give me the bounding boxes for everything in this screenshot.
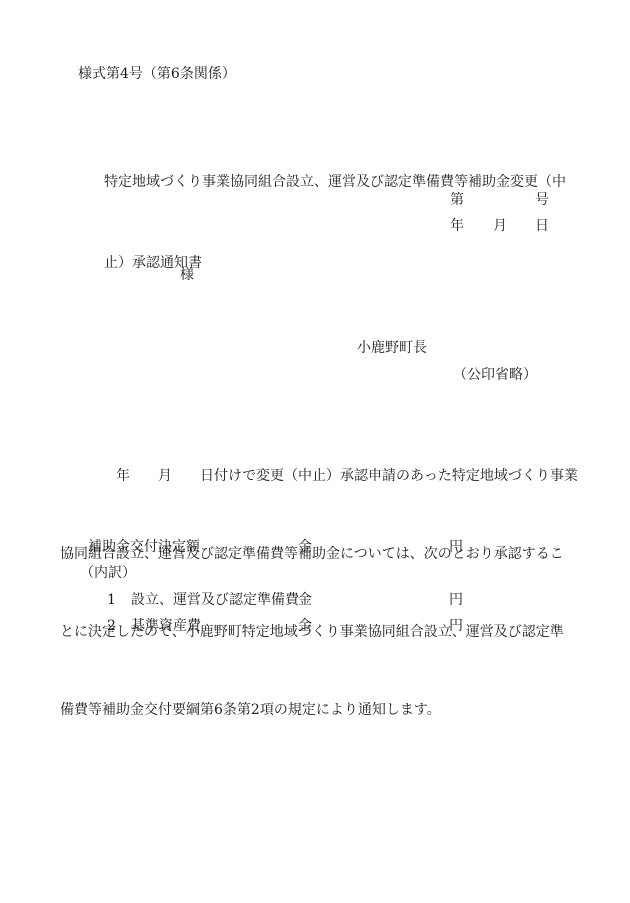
body-line-4: 備費等補助金交付要綱第6条第2項の規定により通知します。: [60, 697, 578, 723]
decision-total-currency-suffix: 円: [449, 537, 463, 557]
breakdown-item-currency-prefix: 金: [298, 590, 312, 610]
breakdown-item-row: 2 基準資産費 金 円: [0, 616, 630, 636]
date-year-label: 年: [450, 216, 464, 236]
document-title-line-2: 止）承認通知書: [104, 250, 566, 277]
breakdown-item-number: 2: [107, 616, 116, 636]
form-number: 様式第4号（第6条関係）: [78, 63, 236, 83]
sender-name: 小鹿野町長: [357, 337, 427, 357]
body-line-1: 年 月 日付けで変更（中止）承認申請のあった特定地域づくり事業: [60, 463, 578, 489]
breakdown-item-currency-suffix: 円: [449, 590, 463, 610]
doc-number-line: 第 号: [0, 190, 630, 210]
decision-total-currency-prefix: 金: [298, 537, 312, 557]
breakdown-header-row: （内訳）: [0, 563, 630, 583]
decision-total-label: 補助金交付決定額: [88, 537, 200, 557]
date-line: 年 月 日: [0, 216, 630, 236]
breakdown-item-label: 設立、運営及び認定準備費: [131, 590, 299, 610]
doc-number-prefix: 第: [450, 190, 464, 210]
decision-total-row: 補助金交付決定額 金 円: [0, 537, 630, 557]
document-page: 様式第4号（第6条関係） 特定地域づくり事業協同組合設立、運営及び認定準備費等補…: [0, 0, 630, 903]
addressee-honorific: 様: [180, 264, 194, 284]
doc-number-suffix: 号: [535, 190, 549, 210]
breakdown-item-currency-prefix: 金: [298, 616, 312, 636]
breakdown-item-label: 基準資産費: [131, 616, 201, 636]
breakdown-item-number: 1: [107, 590, 116, 610]
date-month-label: 月: [493, 216, 507, 236]
date-day-label: 日: [535, 216, 549, 236]
seal-omission-note: （公印省略）: [453, 364, 537, 384]
breakdown-label: （内訳）: [80, 563, 136, 583]
breakdown-item-row: 1 設立、運営及び認定準備費 金 円: [0, 590, 630, 610]
breakdown-item-currency-suffix: 円: [449, 616, 463, 636]
